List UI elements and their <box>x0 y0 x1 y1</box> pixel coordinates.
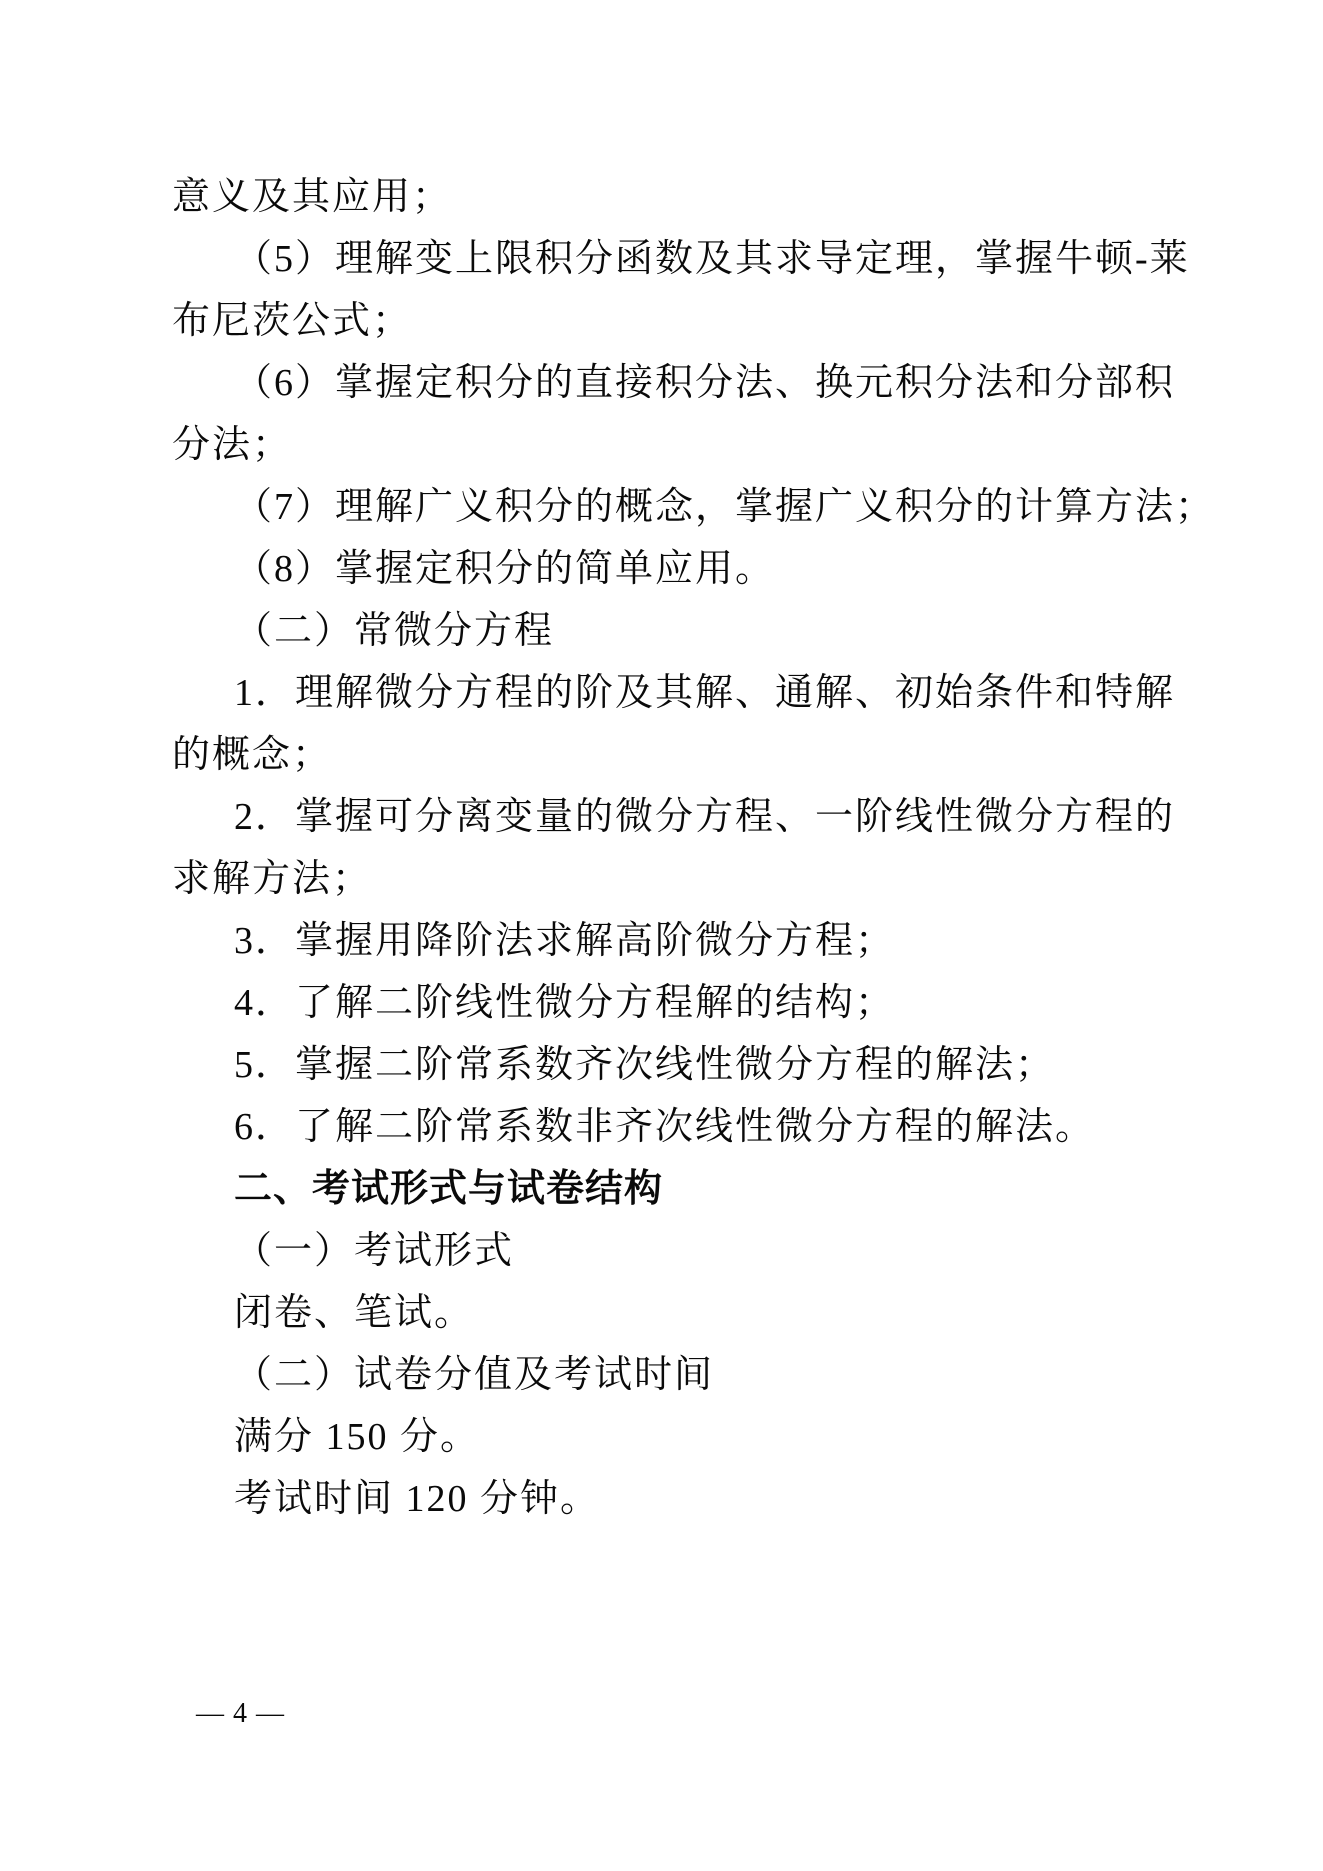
doc-line: 的概念； <box>172 724 1182 786</box>
subsection-title: （一）考试形式 <box>172 1220 1182 1282</box>
doc-line: 求解方法； <box>172 848 1182 910</box>
doc-line: 3．掌握用降阶法求解高阶微分方程； <box>172 910 1182 972</box>
doc-line: 满分 150 分。 <box>172 1406 1182 1468</box>
page-number: — 4 — <box>196 1698 285 1730</box>
document-page: 意义及其应用； （5）理解变上限积分函数及其求导定理，掌握牛顿-莱 布尼茨公式；… <box>0 0 1323 1871</box>
subsection-title: （二）试卷分值及考试时间 <box>172 1344 1182 1406</box>
document-body: 意义及其应用； （5）理解变上限积分函数及其求导定理，掌握牛顿-莱 布尼茨公式；… <box>172 166 1182 1530</box>
doc-line: （8）掌握定积分的简单应用。 <box>172 538 1182 600</box>
section-heading: 二、考试形式与试卷结构 <box>172 1158 1182 1220</box>
doc-line: 5．掌握二阶常系数齐次线性微分方程的解法； <box>172 1034 1182 1096</box>
doc-line: 4．了解二阶线性微分方程解的结构； <box>172 972 1182 1034</box>
doc-line: 6．了解二阶常系数非齐次线性微分方程的解法。 <box>172 1096 1182 1158</box>
subsection-title: （二）常微分方程 <box>172 600 1182 662</box>
doc-line: 分法； <box>172 414 1182 476</box>
doc-line: 意义及其应用； <box>172 166 1182 228</box>
doc-line: （5）理解变上限积分函数及其求导定理，掌握牛顿-莱 <box>172 228 1182 290</box>
doc-line: （7）理解广义积分的概念，掌握广义积分的计算方法； <box>172 476 1182 538</box>
doc-line: 1．理解微分方程的阶及其解、通解、初始条件和特解 <box>172 662 1182 724</box>
doc-line: 闭卷、笔试。 <box>172 1282 1182 1344</box>
doc-line: 2．掌握可分离变量的微分方程、一阶线性微分方程的 <box>172 786 1182 848</box>
doc-line: 考试时间 120 分钟。 <box>172 1468 1182 1530</box>
doc-line: 布尼茨公式； <box>172 290 1182 352</box>
doc-line: （6）掌握定积分的直接积分法、换元积分法和分部积 <box>172 352 1182 414</box>
